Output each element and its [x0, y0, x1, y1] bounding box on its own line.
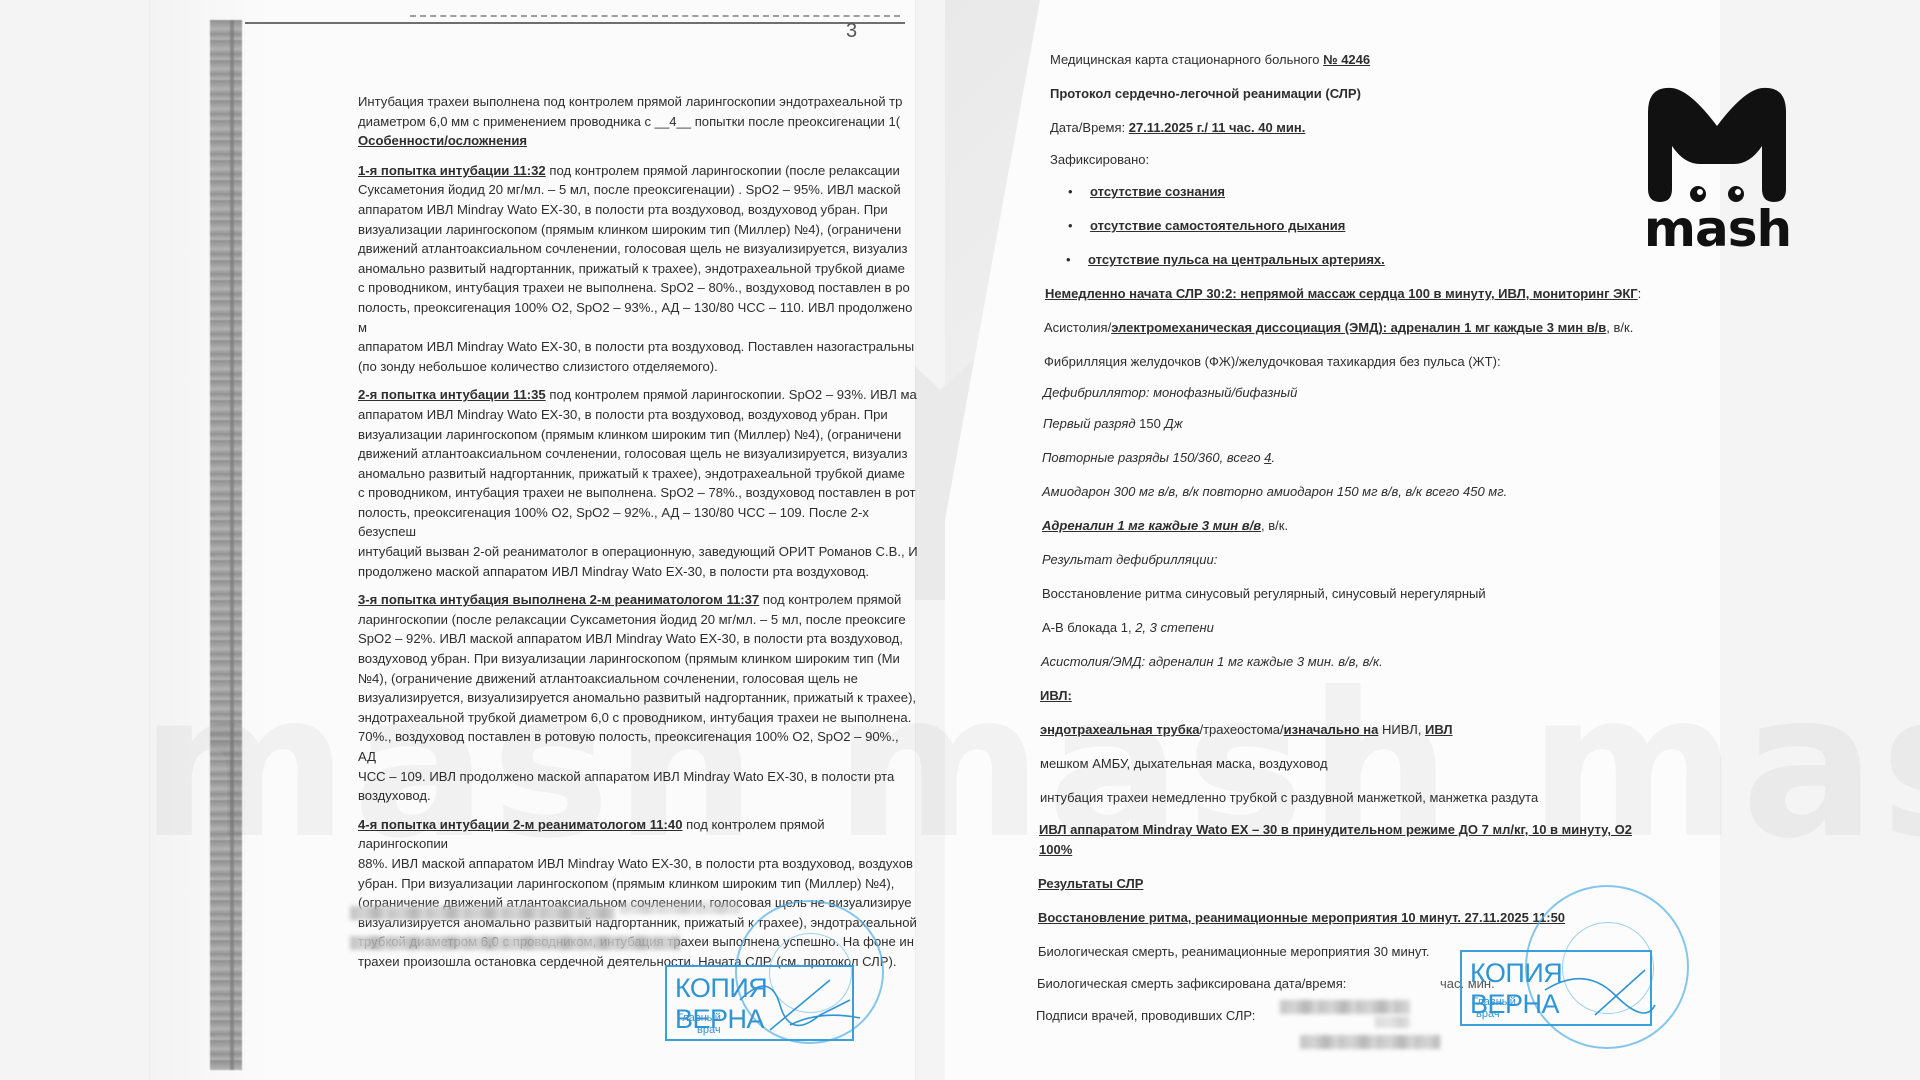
- adrenaline-dose: Адреналин 1 мг каждые 3 мин в/в: [1042, 518, 1261, 533]
- first-shock-label: Первый разряд: [1043, 416, 1139, 431]
- recorded-label: Зафиксировано:: [1050, 150, 1149, 170]
- redacted-signature: [350, 936, 680, 950]
- attempt-line: интубаций вызван 2-ой реаниматолог в опе…: [358, 544, 918, 559]
- attempt-line: с проводником, интубация трахеи не выпол…: [358, 280, 910, 295]
- attempt-line: продолжено маской аппаратом ИВЛ Mindray …: [358, 564, 869, 579]
- attempt-line: аномально развитый надгортанник, прижаты…: [358, 261, 905, 276]
- datetime-line: Дата/Время: 27.11.2025 г./ 11 час. 40 ми…: [1050, 118, 1305, 138]
- defib-result-label: Результат дефибрилляции:: [1042, 550, 1217, 570]
- attempt-line: визуализации ларингоскопом (прямым клинк…: [358, 222, 901, 237]
- left-document-page: 3 Интубация трахеи выполнена под контрол…: [150, 0, 915, 1080]
- bullet-icon: •: [1066, 250, 1071, 270]
- redacted-signature: [1280, 1000, 1410, 1014]
- cpr-started: Немедленно начата СЛР 30:2: непрямой мас…: [1045, 286, 1638, 301]
- bio-death-line: Биологическая смерть, реанимационные мер…: [1038, 942, 1430, 962]
- attempt-line: под контролем прямой ларингоскопии. SpO2…: [546, 387, 917, 402]
- stamp-line: Главный: [1472, 996, 1516, 1008]
- av-block-degree: 2, 3 степени: [1135, 620, 1214, 635]
- adrenaline-line: Адреналин 1 мг каждые 3 мин в/в, в/к.: [1042, 516, 1288, 536]
- section-heading: Особенности/осложнения: [358, 133, 527, 148]
- redacted-signature: [1375, 1016, 1410, 1028]
- signatures-label: Подписи врачей, проводивших СЛР:: [1036, 1006, 1255, 1026]
- asystole-tail: , в/к.: [1606, 320, 1633, 335]
- right-document-page: Медицинская карта стационарного больного…: [945, 0, 1720, 1080]
- attempt-line: аппаратом ИВЛ Mindray Wato EX-30, в поло…: [358, 407, 888, 422]
- attempt-line: (по зонду небольшое количество слизистог…: [358, 359, 718, 374]
- rhythm-restore-line: Восстановление ритма синусовый регулярны…: [1042, 584, 1486, 604]
- card-number-line: Медицинская карта стационарного больного…: [1050, 50, 1370, 70]
- attempt-heading: 2-я попытка интубации 11:35: [358, 387, 546, 402]
- datetime-label: Дата/Время:: [1050, 120, 1129, 135]
- first-shock-value: 150: [1139, 416, 1161, 431]
- asystole-emd: электромеханическая диссоциация (ЭМД): а…: [1111, 320, 1606, 335]
- repeat-shocks-line: Повторные разряды 150/360, всего 4.: [1042, 448, 1275, 468]
- first-shock-unit: Дж: [1161, 416, 1183, 431]
- signature-scribble: [1525, 955, 1665, 1025]
- attempt-line: под контролем прямой ларингоскопии (посл…: [546, 163, 900, 178]
- attempt-heading: 3-я попытка интубация выполнена 2-м реан…: [358, 592, 759, 607]
- binding-strip: [210, 20, 242, 1070]
- watermark-text: mash mash mash: [140, 650, 1920, 883]
- attempt-line: SpO2 – 92%. ИВЛ маской аппаратом ИВЛ Min…: [358, 631, 903, 646]
- recorded-item-text: отсутствие самостоятельного дыхания: [1090, 218, 1345, 233]
- stamp-line: врач: [697, 1024, 721, 1036]
- redacted-signature: [620, 902, 740, 914]
- adrenaline-tail: , в/к.: [1261, 518, 1288, 533]
- recorded-item: • отсутствие сознания: [1068, 182, 1225, 202]
- recorded-item: • отсутствие пульса на центральных артер…: [1066, 250, 1385, 270]
- attempt-line: полость, преоксигенация 100% O2, SpO2 – …: [358, 505, 869, 540]
- attempt-line: с проводником, интубация трахеи не выпол…: [358, 485, 916, 500]
- attempt-line: полость, преоксигенация 100% O2, SpO2 – …: [358, 300, 912, 335]
- attempt-1: 1-я попытка интубации 11:32 под контроле…: [358, 161, 918, 377]
- card-number: № 4246: [1323, 52, 1370, 67]
- attempt-line: под контролем прямой: [759, 592, 901, 607]
- page-number: 3: [846, 20, 857, 43]
- scan-top-line: [245, 22, 905, 24]
- amiodarone-line: Амиодарон 300 мг в/в, в/к повторно амиод…: [1042, 482, 1507, 502]
- attempt-line: аппаратом ИВЛ Mindray Wato EX-30, в поло…: [358, 202, 888, 217]
- attempt-line: аномально развитый надгортанник, прижаты…: [358, 466, 905, 481]
- bio-death-fixed: Биологическая смерть зафиксирована дата/…: [1037, 974, 1346, 994]
- datetime-value: 27.11.2025 г./ 11 час. 40 мин.: [1129, 120, 1306, 135]
- signature-scribble: [730, 960, 870, 1040]
- attempt-line: визуализации ларингоскопом (прямым клинк…: [358, 427, 901, 442]
- card-label: Медицинская карта стационарного больного: [1050, 52, 1323, 67]
- asystole-prefix: Асистолия/: [1044, 320, 1111, 335]
- stamp-line: Главный: [677, 1012, 721, 1024]
- attempt-line: Суксаметония йодид 20 мг/мл. – 5 мл, пос…: [358, 182, 901, 197]
- attempt-heading: 1-я попытка интубации 11:32: [358, 163, 546, 178]
- av-block-label: А-В блокада 1,: [1042, 620, 1135, 635]
- bullet-icon: •: [1068, 216, 1073, 236]
- asystole-line: Асистолия/электромеханическая диссоциаци…: [1044, 318, 1633, 338]
- protocol-title: Протокол сердечно-легочной реанимации (С…: [1050, 84, 1361, 104]
- redacted-signature: [350, 906, 615, 920]
- attempt-line: аппаратом ИВЛ Mindray Wato EX-30, в поло…: [358, 339, 914, 354]
- stamp-line: врач: [1476, 1008, 1500, 1020]
- intro-line-2: диаметром 6,0 мм с применением проводник…: [358, 114, 900, 129]
- redacted-signature: [1300, 1035, 1440, 1049]
- punctuation: .: [1271, 450, 1275, 465]
- attempt-2: 2-я попытка интубации 11:35 под контроле…: [358, 385, 918, 581]
- av-block-line: А-В блокада 1, 2, 3 степени: [1042, 618, 1214, 638]
- punctuation: :: [1638, 286, 1642, 301]
- first-shock-line: Первый разряд 150 Дж: [1043, 414, 1183, 434]
- intro-line-1: Интубация трахеи выполнена под контролем…: [358, 94, 902, 109]
- scan-top-dashes: [410, 15, 900, 17]
- results-restore: Восстановление ритма, реанимационные мер…: [1038, 908, 1565, 928]
- mash-wordmark: mash: [1640, 202, 1795, 256]
- bullet-icon: •: [1068, 182, 1073, 202]
- attempt-line: движений атлантоаксиальном сочленении, г…: [358, 446, 908, 461]
- attempt-line: ларингоскопии (после релаксации Суксамет…: [358, 612, 906, 627]
- recorded-item-text: отсутствие пульса на центральных артерия…: [1088, 252, 1385, 267]
- defibrillator-type: Дефибриллятор: монофазный/бифазный: [1043, 383, 1297, 403]
- recorded-item-text: отсутствие сознания: [1090, 184, 1225, 199]
- repeat-shocks-label: Повторные разряды 150/360, всего: [1042, 450, 1264, 465]
- vf-line: Фибрилляция желудочков (ФЖ)/желудочковая…: [1044, 352, 1501, 372]
- attempt-line: движений атлантоаксиальном сочленении, г…: [358, 241, 908, 256]
- mash-logo: mash: [1640, 84, 1795, 256]
- cpr-started-line: Немедленно начата СЛР 30:2: непрямой мас…: [1045, 284, 1641, 304]
- recorded-item: • отсутствие самостоятельного дыхания: [1068, 216, 1345, 236]
